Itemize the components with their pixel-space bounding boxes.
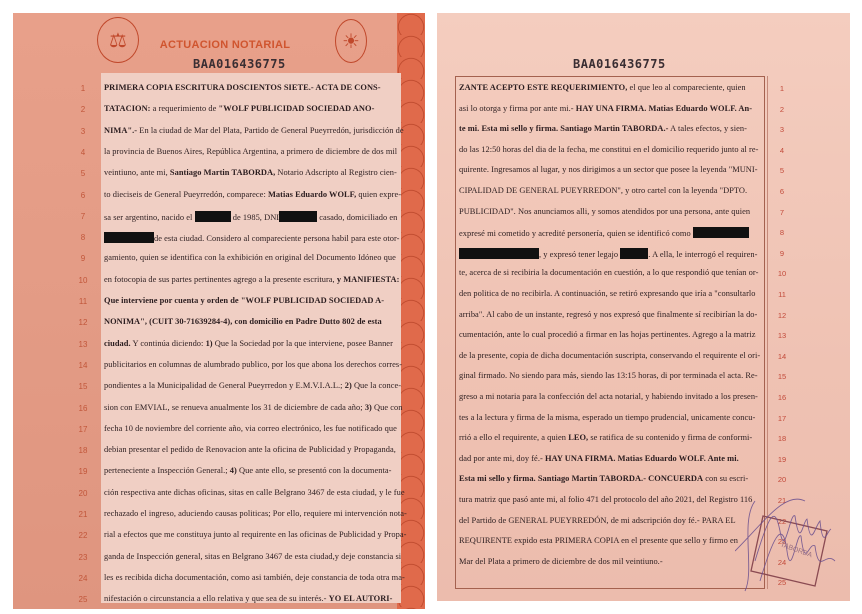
serial-number: BAA016436775 [573,57,666,71]
text-line: quirente. Ingresamos al lugar, y nos dir… [459,165,758,174]
line-number: 22 [73,531,93,540]
line-number: 2 [73,105,93,114]
text-line: CIPALIDAD DE GENERAL PUEYRREDON", y otro… [459,186,747,195]
line-number: 17 [775,414,789,423]
line-number: 15 [775,372,789,381]
line-number: 20 [73,489,93,498]
serial-number: BAA016436775 [193,57,286,71]
text-line: fecha 10 de noviembre del corriente año,… [104,424,400,433]
text-line: PUBLICIDAD". Nos anunciamos alli, y somo… [459,207,750,216]
text-line: rial a efectos que me constituya junto a… [104,530,400,539]
text-line: debian presentar el pedido de Renovacion… [104,445,400,454]
text-line: TATACION: a requerimiento de "WOLF PUBLI… [104,104,400,113]
line-number: 16 [73,404,93,413]
signature-and-stamp-icon: TABORDA [735,491,845,601]
line-number: 20 [775,475,789,484]
text-line: la provincia de Buenos Aires, República … [104,147,400,156]
line-number: 10 [775,269,789,278]
security-border-pattern [397,13,425,609]
text-line: de esta ciudad. Considero al comparecien… [104,232,400,243]
text-line: gamiento, quien se identifica con la exh… [104,253,400,262]
text-line: PRIMERA COPIA ESCRITURA DOSCIENTOS SIETE… [104,83,400,92]
line-number: 11 [775,290,789,299]
line-number: 2 [775,105,789,114]
text-line: arriba". Al cabo de un instante, regresó… [459,310,757,319]
line-number: 15 [73,382,93,391]
line-number: 9 [73,254,93,263]
text-line: de la presente, copia de dicha documenta… [459,351,760,360]
text-line: cumentación, ante lo cual procedió a fir… [459,330,755,339]
text-line: ciudad. Y continúa diciendo: 1) Que la S… [104,339,400,348]
line-number: 8 [775,228,789,237]
line-number: 11 [73,297,93,306]
text-line: Mar del Plata a primero de diciembre de … [459,557,663,566]
line-number: 7 [73,212,93,221]
text-line: greso a mi notaria para la confección de… [459,392,758,401]
line-number: 3 [775,125,789,134]
line-number: 23 [73,553,93,562]
text-line: asi lo otorga y firma por ante mi.- HAY … [459,104,752,113]
text-line: del Partido de GENERAL PUEYRREDÓN, de mi… [459,516,736,525]
line-number: 13 [775,331,789,340]
left-document-page: ⚖ ACTUACION NOTARIAL BAA016436775 ☀ 1PRI… [13,13,425,609]
text-line: tura matriz que pasó ante mi, al folio 4… [459,495,752,504]
line-number: 17 [73,425,93,434]
text-line: ción respectiva ante dichas oficinas, si… [104,488,400,497]
line-number: 5 [775,166,789,175]
text-line: dad por ante mi, doy fé.- HAY UNA FIRMA.… [459,454,739,463]
line-number: 19 [73,467,93,476]
text-line: nifestación o circunstancia a ello relat… [104,594,400,603]
line-number: 13 [73,340,93,349]
line-number: 24 [73,574,93,583]
text-line: REQUIRENTE expido esta PRIMERA COPIA en … [459,536,738,545]
line-number: 14 [775,352,789,361]
text-line: to dieciseis de General Pueyrredón, comp… [104,190,400,199]
page-header: ⚖ ACTUACION NOTARIAL BAA016436775 ☀ [13,13,397,71]
right-document-page: BAA016436775 1ZANTE ACEPTO ESTE REQUERIM… [437,13,850,601]
line-number: 5 [73,169,93,178]
line-number: 9 [775,249,789,258]
line-number: 6 [73,191,93,200]
text-line: rrió a ello el requirente, a quien LEO, … [459,433,752,442]
line-number: 4 [73,148,93,157]
line-number: 14 [73,361,93,370]
line-number: 3 [73,127,93,136]
text-line: NIMA".- En la ciudad de Mar del Plata, P… [104,126,400,135]
text-line: Que interviene por cuenta y orden de "WO… [104,296,400,305]
line-number: 7 [775,208,789,217]
line-number: 16 [775,393,789,402]
argentina-coat-of-arms-icon: ☀ [335,19,367,63]
line-number: 10 [73,276,93,285]
text-line: ZANTE ACEPTO ESTE REQUERIMIENTO, el que … [459,83,746,92]
text-line: den politica de no recibirla. A continua… [459,289,756,298]
text-line: publicitarios en columnas de alumbrado p… [104,360,400,369]
line-number: 4 [775,146,789,155]
line-number: 18 [73,446,93,455]
line-number: 1 [775,84,789,93]
line-number: 19 [775,455,789,464]
text-line: sa ser argentino, nacido el de 1985, DNI… [104,211,400,222]
text-line: ginal firmado. No siendo para más, siend… [459,371,758,380]
line-number: 8 [73,233,93,242]
text-line: ganda de Inspección general, sitas en Be… [104,552,400,561]
text-line: tes a la lectura y firma de la misma, es… [459,413,755,422]
line-number: 12 [775,311,789,320]
text-line: veintiuno, ante mi, Santiago Martin TABO… [104,168,400,177]
text-line: NONIMA", (CUIT 30-71639284-4), con domic… [104,317,400,326]
text-line: rechazado el ingreso, aduciendo causas p… [104,509,400,518]
line-number: 21 [73,510,93,519]
text-line: en fotocopia de sus partes pertinentes a… [104,275,400,284]
text-line: sion con EMVIAL, se renueva anualmente l… [104,403,400,412]
text-line: te mi. Esta mi sello y firma. Santiago M… [459,124,747,133]
text-line: pondientes a la Municipalidad de General… [104,381,400,390]
line-number: 18 [775,434,789,443]
line-number: 25 [73,595,93,604]
text-line: Esta mi sello y firma. Santiago Martin T… [459,474,748,483]
text-line: te, acerca de si recibiria la documentac… [459,268,758,277]
text-line: les es recibida dicha documentación, com… [104,573,400,582]
text-line: perteneciente a Inspección General.; 4) … [104,466,400,475]
line-number: 6 [775,187,789,196]
line-number: 1 [73,84,93,93]
text-line: expresé mi cometido y acredité personerí… [459,227,749,238]
text-line: do las 12:50 horas del dia de la fecha, … [459,145,758,154]
text-line: , y expresó tener legajo . A ella, le in… [459,248,757,259]
line-number: 12 [73,318,93,327]
